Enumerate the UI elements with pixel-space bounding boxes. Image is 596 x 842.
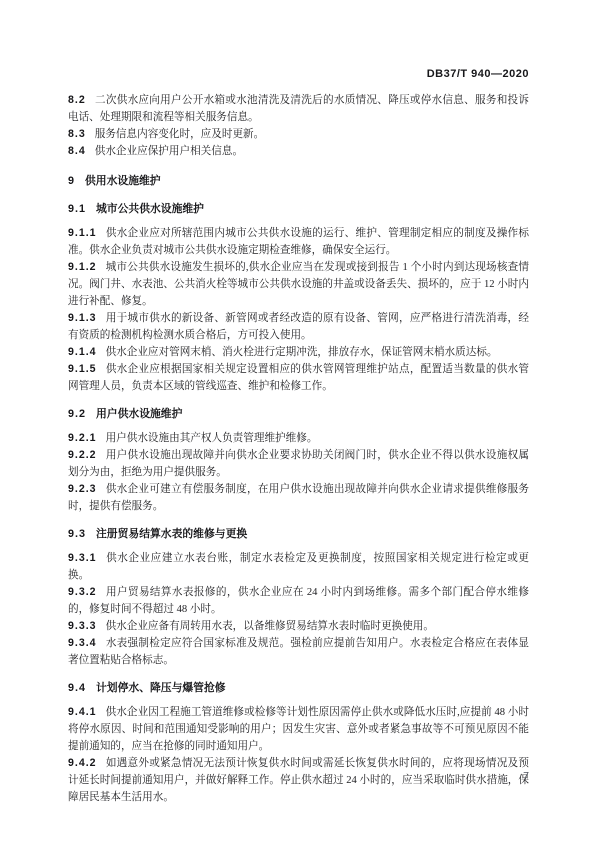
section-heading-text: 注册贸易结算水表的维修与更换 (96, 528, 247, 540)
clause-text: 供水企业可建立有偿服务制度，在用户供水设施出现故障并向供水企业请求提供维修服务时… (68, 484, 529, 512)
clause-number: 9.2.1 (68, 432, 106, 444)
clause-9.1.5: 9.1.5供水企业应根据国家相关规定设置相应的供水管网管理维护站点，配置适当数量… (68, 361, 529, 395)
clause-number: 9.1.1 (68, 227, 106, 239)
clause-number: 9.1.3 (68, 312, 106, 324)
section-heading-9.2: 9.2用户供水设施维护 (68, 406, 529, 423)
section-heading-9: 9供用水设施维护 (68, 173, 529, 190)
clause-8.2: 8.2二次供水应向用户公开水箱或水池清洗及清洗后的水质情况、降压或停水信息、服务… (68, 92, 529, 126)
clause-number: 9.4.2 (68, 757, 106, 769)
clause-text: 水表强制检定应符合国家标准及规范。强检前应提前告知用户。水表检定合格应在表体显著… (68, 638, 529, 666)
clause-text: 供水企业因工程施工管道维修或检修等计划性原因需停止供水或降低水压时,应提前 48… (68, 707, 529, 752)
clause-8.4: 8.4供水企业应保护用户相关信息。 (68, 143, 529, 160)
clause-9.1.3: 9.1.3用于城市供水的新设备、新管网或者经改造的原有设备、管网，应严格进行清洗… (68, 310, 529, 344)
clause-9.1.1: 9.1.1供水企业应对所辖范围内城市公共供水设施的运行、维护、管理制定相应的制度… (68, 225, 529, 259)
standard-code-header: DB37/T 940—2020 (427, 68, 529, 80)
clause-9.4.2: 9.4.2如遇意外或紧急情况无法预计恢复供水时间或需延长恢复供水时间的，应将现场… (68, 755, 529, 806)
clause-8.3: 8.3服务信息内容变化时，应及时更新。 (68, 126, 529, 143)
clause-number: 9.3.3 (68, 620, 106, 632)
clause-text: 供水企业应根据国家相关规定设置相应的供水管网管理维护站点，配置适当数量的供水管网… (68, 364, 529, 392)
document-body: 8.2二次供水应向用户公开水箱或水池清洗及清洗后的水质情况、降压或停水信息、服务… (68, 92, 529, 806)
clause-number: 9.2.3 (68, 483, 106, 495)
document-page: DB37/T 940—2020 8.2二次供水应向用户公开水箱或水池清洗及清洗后… (0, 0, 596, 842)
section-heading-text: 供用水设施维护 (85, 175, 161, 187)
clause-number: 9.2.2 (68, 449, 106, 461)
clause-9.2.1: 9.2.1用户供水设施由其产权人负责管理维护维修。 (68, 430, 529, 447)
clause-text: 供水企业应备有周转用水表，以备维修贸易结算水表时临时更换使用。 (106, 621, 434, 632)
section-heading-text: 城市公共供水设施维护 (96, 203, 204, 215)
clause-9.2.2: 9.2.2用户供水设施出现故障并向供水企业要求协助关闭阀门时，供水企业不得以供水… (68, 447, 529, 481)
clause-9.4.1: 9.4.1供水企业因工程施工管道维修或检修等计划性原因需停止供水或降低水压时,应… (68, 704, 529, 755)
clause-number: 9.3.2 (68, 586, 106, 598)
clause-number: 9.4 (68, 682, 96, 694)
clause-9.2.3: 9.2.3供水企业可建立有偿服务制度，在用户供水设施出现故障并向供水企业请求提供… (68, 481, 529, 515)
section-heading-text: 用户供水设施维护 (96, 408, 182, 420)
clause-9.3.1: 9.3.1供水企业应建立水表台账，制定水表检定及更换制度，按照国家相关规定进行检… (68, 550, 529, 584)
clause-text: 如遇意外或紧急情况无法预计恢复供水时间或需延长恢复供水时间的，应将现场情况及预计… (68, 758, 529, 803)
clause-text: 用于城市供水的新设备、新管网或者经改造的原有设备、管网，应严格进行清洗消毒，经有… (68, 313, 529, 341)
clause-text: 服务信息内容变化时，应及时更新。 (95, 129, 265, 140)
clause-text: 用户贸易结算水表报修的，供水企业应在 24 小时内到场维修。需多个部门配合停水维… (68, 587, 529, 615)
clause-number: 9.1.5 (68, 363, 106, 375)
clause-number: 9.3.1 (68, 552, 106, 564)
clause-number: 9.3 (68, 528, 96, 540)
clause-text: 供水企业应保护用户相关信息。 (95, 146, 243, 157)
section-heading-9.4: 9.4计划停水、降压与爆管抢修 (68, 680, 529, 697)
clause-text: 二次供水应向用户公开水箱或水池清洗及清洗后的水质情况、降压或停水信息、服务和投诉… (68, 95, 529, 123)
section-heading-9.1: 9.1城市公共供水设施维护 (68, 201, 529, 218)
clause-number: 9.2 (68, 408, 96, 420)
clause-number: 8.3 (68, 128, 95, 140)
clause-number: 9.4.1 (68, 706, 106, 718)
clause-9.1.2: 9.1.2城市公共供水设施发生损坏的,供水企业应当在发现或接到报告 1 个小时内… (68, 259, 529, 310)
clause-number: 8.2 (68, 94, 95, 106)
clause-number: 9.1.2 (68, 261, 106, 273)
clause-9.3.4: 9.3.4水表强制检定应符合国家标准及规范。强检前应提前告知用户。水表检定合格应… (68, 635, 529, 669)
clause-text: 用户供水设施由其产权人负责管理维护维修。 (106, 433, 318, 444)
clause-number: 8.4 (68, 145, 95, 157)
clause-number: 9.3.4 (68, 637, 106, 649)
clause-9.1.4: 9.1.4供水企业应对管网末梢、消火栓进行定期冲洗，排放存水，保证管网末梢水质达… (68, 344, 529, 361)
clause-9.3.2: 9.3.2用户贸易结算水表报修的，供水企业应在 24 小时内到场维修。需多个部门… (68, 584, 529, 618)
clause-number: 9.1 (68, 203, 96, 215)
clause-text: 用户供水设施出现故障并向供水企业要求协助关闭阀门时，供水企业不得以供水设施权属划… (68, 450, 529, 478)
clause-number: 9 (68, 175, 85, 187)
clause-text: 供水企业应对所辖范围内城市公共供水设施的运行、维护、管理制定相应的制度及操作标准… (68, 228, 529, 256)
clause-9.3.3: 9.3.3供水企业应备有周转用水表，以备维修贸易结算水表时临时更换使用。 (68, 618, 529, 635)
page-number: 7 (523, 770, 529, 782)
clause-text: 供水企业应对管网末梢、消火栓进行定期冲洗，排放存水，保证管网末梢水质达标。 (106, 347, 498, 358)
section-heading-9.3: 9.3注册贸易结算水表的维修与更换 (68, 526, 529, 543)
clause-text: 城市公共供水设施发生损坏的,供水企业应当在发现或接到报告 1 个小时内到达现场核… (68, 262, 529, 307)
clause-number: 9.1.4 (68, 346, 106, 358)
clause-text: 供水企业应建立水表台账，制定水表检定及更换制度，按照国家相关规定进行检定或更换。 (68, 553, 529, 581)
section-heading-text: 计划停水、降压与爆管抢修 (96, 682, 226, 694)
